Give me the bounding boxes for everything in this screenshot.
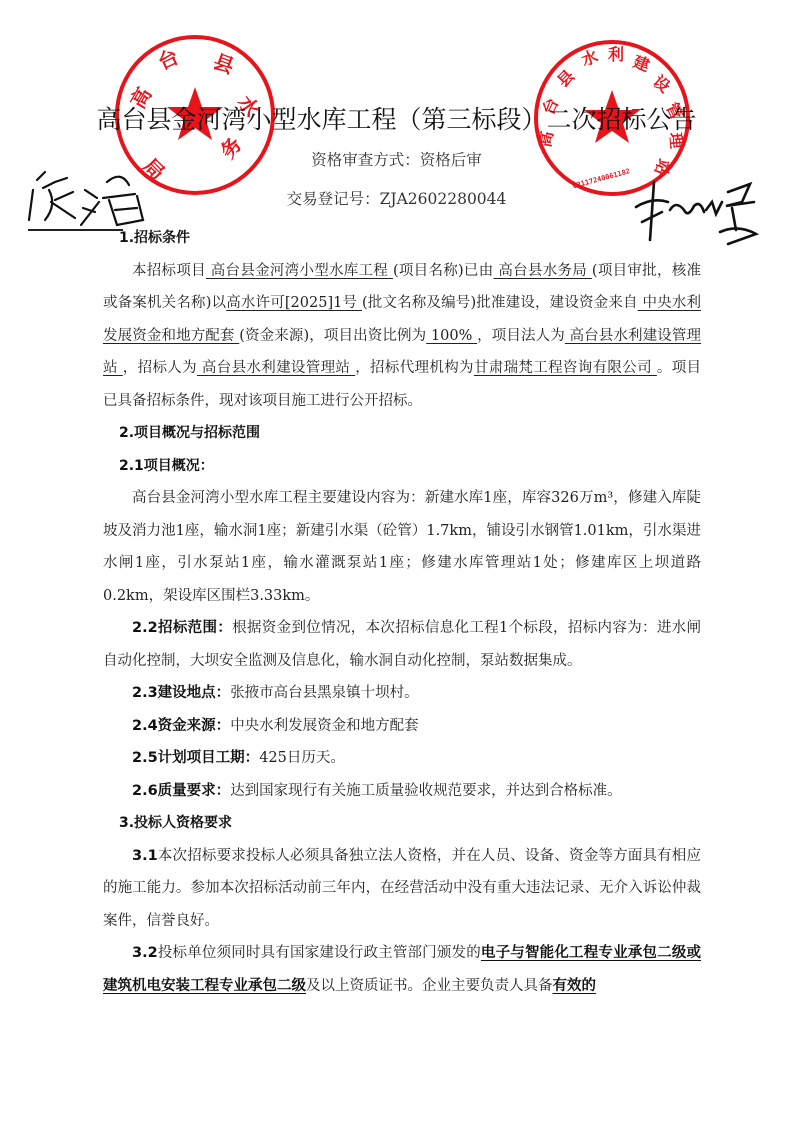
text: ，招标人为 <box>123 360 197 376</box>
section-2-1-text: 高台县金河湾小型水库工程主要建设内容为：新建水库1座，库容326万m³，修建入库… <box>103 482 701 612</box>
signature-underline <box>28 229 123 231</box>
section-2-6: 2.6质量要求：达到国家现行有关施工质量验收规范要求，并达到合格标准。 <box>103 775 701 808</box>
svg-text:水: 水 <box>579 46 601 69</box>
document-page: 高 台 县 水 务 局 高 台 县 水 利 建 设 管 理 站 62117240… <box>0 0 793 1122</box>
text: ，招标代理机构为 <box>355 360 474 376</box>
text: 达到国家现行有关施工质量验收规范要求，并达到合格标准。 <box>230 783 622 799</box>
document-body: 1.招标条件 本招标项目 高台县金河湾小型水库工程 (项目名称)已由 高台县水务… <box>103 222 701 1002</box>
approval-document: 高水许可[2025]1号 <box>226 295 362 311</box>
svg-text:县: 县 <box>553 66 578 91</box>
page-title: 高台县金河湾小型水库工程（第三标段）二次招标公告 <box>0 100 793 136</box>
svg-text:县: 县 <box>210 49 237 78</box>
section-2-5: 2.5计划项目工期：425日历天。 <box>103 742 701 775</box>
label: 3.1 <box>132 848 158 864</box>
text: 本次招标要求投标人必须具备独立法人资格，并在人员、设备、资金等方面具有相应的施工… <box>103 848 701 929</box>
section-3-heading: 3.投标人资格要求 <box>103 807 701 840</box>
label: 3.2 <box>132 945 158 961</box>
text: ，项目法人为 <box>477 328 565 344</box>
text: (资金来源)，项目出资比例为 <box>239 328 426 344</box>
section-2-3: 2.3建设地点：张掖市高台县黑泉镇十坝村。 <box>103 677 701 710</box>
section-1-heading: 1.招标条件 <box>103 222 701 255</box>
label: 2.2招标范围： <box>132 620 232 636</box>
text: 张掖市高台县黑泉镇十坝村。 <box>230 685 419 701</box>
text: (项目名称)已由 <box>393 263 494 279</box>
handwritten-signature-right <box>632 172 762 247</box>
section-1-paragraph: 本招标项目 高台县金河湾小型水库工程 (项目名称)已由 高台县水务局 (项目审批… <box>103 255 701 418</box>
text: 及以上资质证书。企业主要负责人具备 <box>306 978 553 994</box>
funding-ratio: 100% <box>426 328 477 344</box>
text-emphasis: 有效的 <box>553 978 597 994</box>
label: 2.6质量要求： <box>132 783 230 799</box>
svg-text:利: 利 <box>608 45 624 64</box>
text: 本招标项目 <box>132 263 206 279</box>
handwritten-signature-left <box>25 150 155 230</box>
text: 投标单位须同时具有国家建设行政主管部门颁发的 <box>158 945 481 961</box>
section-3-1: 3.1本次招标要求投标人必须具备独立法人资格，并在人员、设备、资金等方面具有相应… <box>103 840 701 938</box>
text: 425日历天。 <box>259 750 345 766</box>
text: (批文名称及编号)批准建设，建设资金来自 <box>362 295 638 311</box>
label: 2.3建设地点： <box>132 685 230 701</box>
section-2-4: 2.4资金来源：中央水利发展资金和地方配套 <box>103 710 701 743</box>
section-3-2: 3.2投标单位须同时具有国家建设行政主管部门颁发的电子与智能化工程专业承包二级或… <box>103 937 701 1002</box>
section-2-1-heading: 2.1项目概况： <box>103 450 701 483</box>
section-2-2: 2.2招标范围：根据资金到位情况，本次招标信息化工程1个标段，招标内容为：进水闸… <box>103 612 701 677</box>
svg-text:建: 建 <box>631 52 653 75</box>
svg-text:台: 台 <box>154 44 182 74</box>
label: 2.4资金来源： <box>132 718 230 734</box>
project-name: 高台县金河湾小型水库工程 <box>206 263 393 279</box>
text: 中央水利发展资金和地方配套 <box>230 718 419 734</box>
tender-agency: 甘肃瑞梵工程咨询有限公司 <box>474 360 657 376</box>
svg-text:设: 设 <box>649 72 673 97</box>
tenderer: 高台县水利建设管理站 <box>197 360 355 376</box>
label: 2.5计划项目工期： <box>132 750 259 766</box>
approver: 高台县水务局 <box>494 263 592 279</box>
section-2-heading: 2.项目概况与招标范围 <box>103 417 701 450</box>
